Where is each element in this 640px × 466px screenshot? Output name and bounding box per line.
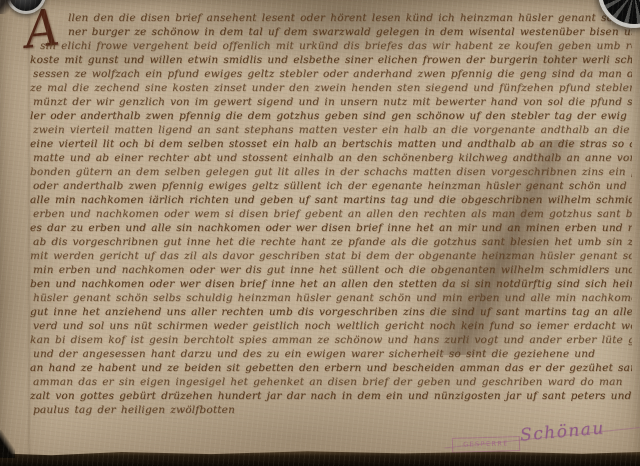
manuscript-line: bonden gütern an dem selben gelegen gut … — [30, 165, 632, 179]
manuscript-line: ze mal die zechend sine kosten zinset un… — [30, 81, 632, 95]
archive-stamp: GESPERRE — [452, 436, 520, 453]
manuscript-line: ner burger ze schönow in dem tal uf dem … — [68, 25, 632, 39]
manuscript-line: amman das er sin eigen ingesigel het geh… — [33, 375, 632, 389]
background-corner-bottom-left — [0, 430, 15, 458]
manuscript-line: min erben und nachkomen oder wer dis gut… — [33, 263, 632, 277]
manuscript-line: alle min nachkomen iärlich richten und g… — [30, 193, 632, 207]
manuscript-line: erben und nachkomen oder wem si disen br… — [33, 207, 632, 221]
manuscript-line: koste mit gunst und willen etwin smidlis… — [30, 53, 632, 67]
manuscript-line: verd und sol uns nüt schirmen weder geis… — [33, 319, 632, 333]
manuscript-line: gut inne het anziehend uns aller rechten… — [30, 305, 632, 319]
manuscript-line: ler oder anderthalb zwen pfennig die dem… — [30, 109, 632, 123]
manuscript-line: zalt von gottes gebürt drüzehen hundert … — [30, 389, 632, 403]
manuscript-text: llen den die disen brief ansehent lesent… — [30, 11, 632, 417]
manuscript-line: es dar zu erben und alle sin nachkomen o… — [30, 221, 632, 235]
manuscript-line: paulus tag der heiligen zwölfbotten — [33, 403, 310, 417]
manuscript-line: matte und ab einer rechter abt und stoss… — [33, 151, 632, 165]
manuscript-photo: A llen den die disen brief ansehent lese… — [0, 0, 640, 466]
manuscript-line: hüsler genant schön selbs schuldig heinz… — [33, 291, 632, 305]
manuscript-line: oder anderthalb zwen pfennig ewiges gelt… — [33, 179, 632, 193]
manuscript-line: ben und nachkomen oder wer disen brief i… — [30, 277, 632, 291]
manuscript-line: zwein vierteil matten ligend an sant ste… — [33, 123, 632, 137]
manuscript-line: an hand ze habent und ze beiden sit gebe… — [30, 361, 632, 375]
manuscript-line: sessen ze wolfzach ein pfund ewiges gelt… — [33, 67, 632, 81]
manuscript-line: mit werden gericht uf das zil als davor … — [30, 249, 632, 263]
manuscript-line: ab dis vorgeschribnen gut inne het die r… — [33, 235, 632, 249]
manuscript-line: llen den die disen brief ansehent lesent… — [68, 11, 632, 25]
manuscript-line: münzt der wir genzlich von im gewert sig… — [33, 95, 632, 109]
manuscript-line: kan bi disem kof ist gesin berchtolt spi… — [30, 333, 632, 347]
manuscript-line: und der angesessen hant darzu und des zu… — [33, 347, 632, 361]
background-corner-top-left — [0, 0, 15, 14]
manuscript-line: eine vierteil lit och bi dem selben stos… — [30, 137, 632, 151]
manuscript-line: sin elichi frowe vergehent beid offenlic… — [40, 39, 632, 53]
